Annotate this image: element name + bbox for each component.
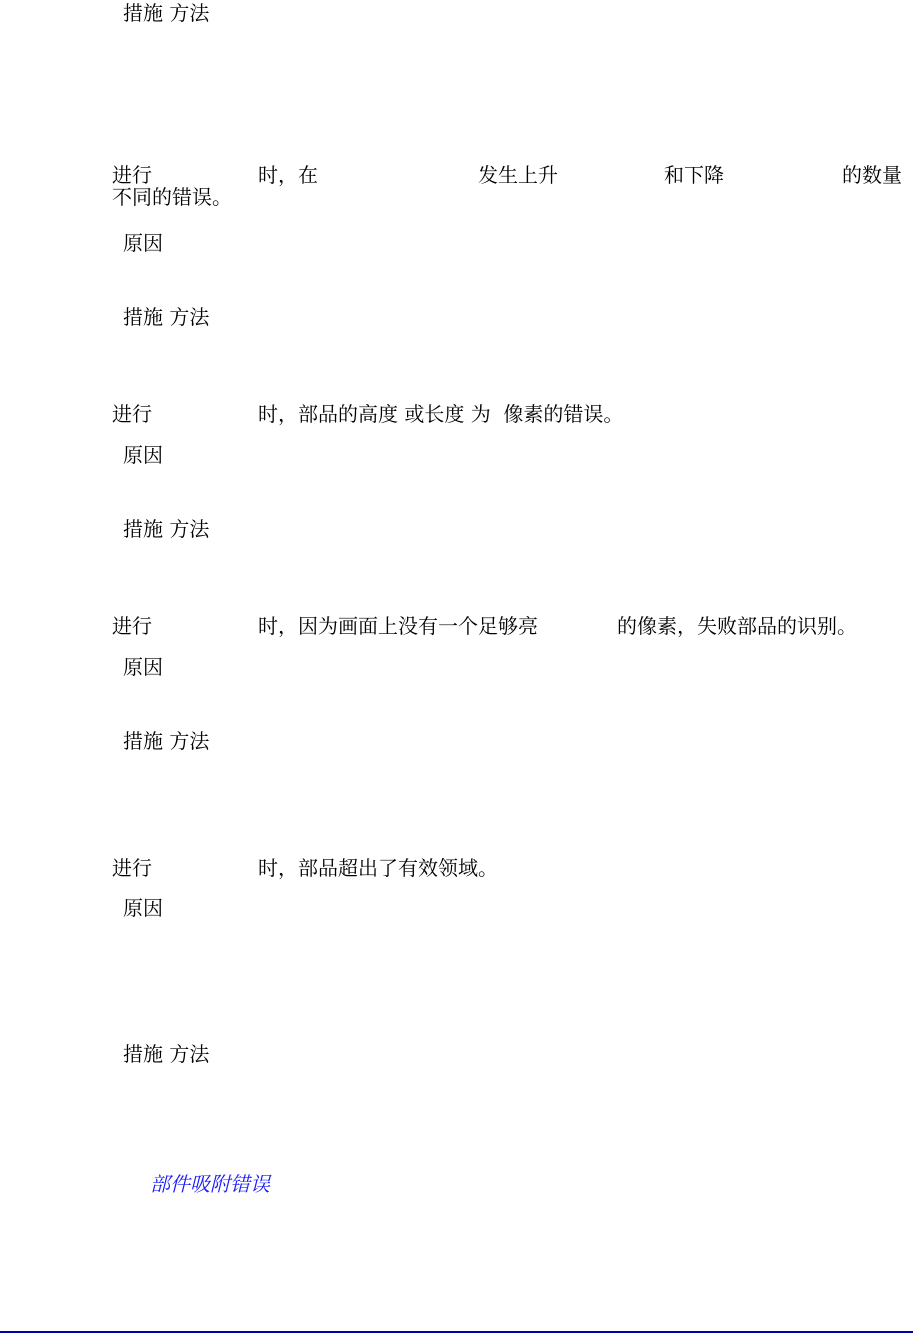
cause-label: 原因 <box>123 232 163 254</box>
measure-label: 措施 方法 <box>123 2 209 24</box>
error-text-continuation: 不同的错误。 <box>112 186 232 208</box>
error-text-segment: 时，因为画面上没有一个足够亮 <box>258 615 538 637</box>
measure-label: 措施 方法 <box>123 1043 209 1065</box>
error-text-segment: 进行 <box>112 164 152 186</box>
error-text-segment: 的数量 <box>842 164 902 186</box>
error-text-segment: 进行 <box>112 857 152 879</box>
cause-label: 原因 <box>123 897 163 919</box>
error-text-segment: 的像素，失败部品的识别。 <box>617 615 857 637</box>
error-text-segment: 发生上升 <box>478 164 558 186</box>
measure-label: 措施 方法 <box>123 518 209 540</box>
cause-label: 原因 <box>123 656 163 678</box>
cause-label: 原因 <box>123 444 163 466</box>
error-text-segment: 进行 <box>112 615 152 637</box>
measure-label: 措施 方法 <box>123 730 209 752</box>
error-text-segment: 和下降 <box>664 164 724 186</box>
component-pickup-error-link[interactable]: 部件吸附错误 <box>150 1173 270 1195</box>
error-text-segment: 进行 <box>112 403 152 425</box>
error-text-segment: 时，部品的高度 或长度 为 像素的错误。 <box>258 403 623 425</box>
error-text-segment: 时，在 <box>258 164 318 186</box>
measure-label: 措施 方法 <box>123 306 209 328</box>
error-text-segment: 时，部品超出了有效领域。 <box>258 857 498 879</box>
